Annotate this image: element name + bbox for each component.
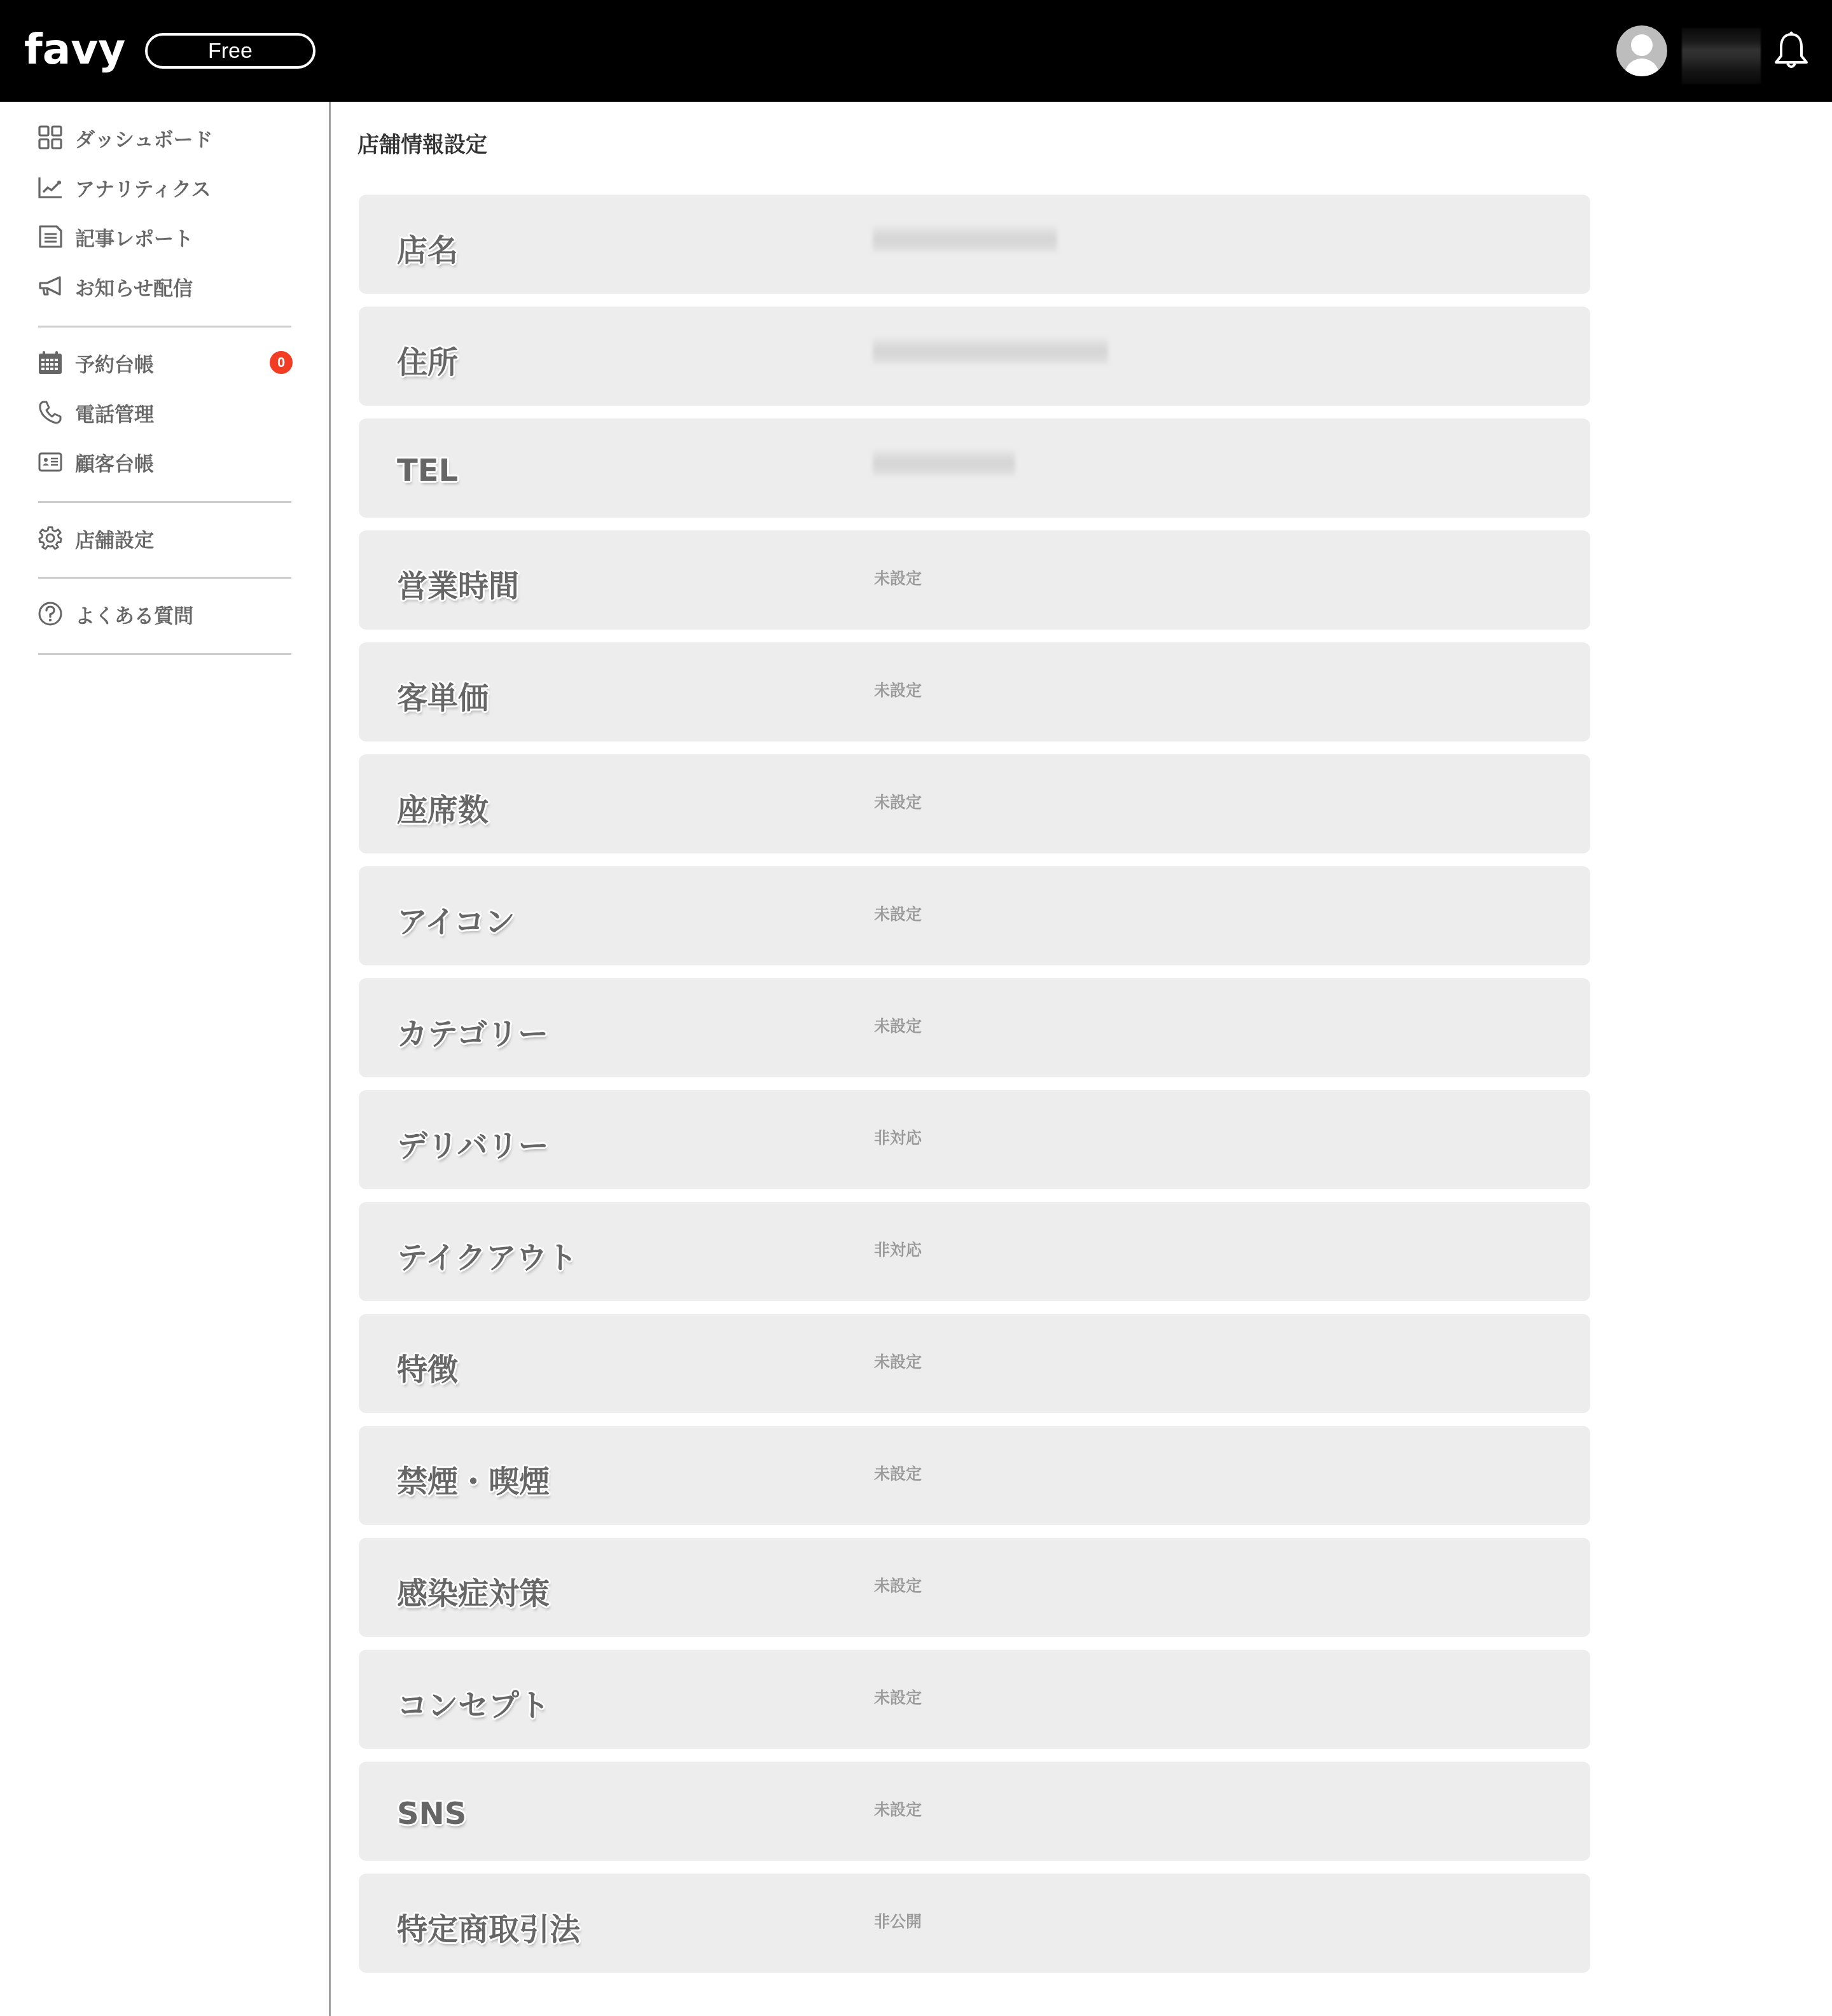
field-label: 店名 <box>397 226 458 270</box>
field-label: 座席数 <box>397 785 489 829</box>
field-row-tel[interactable]: TEL <box>359 418 1590 518</box>
field-row-commercial-transactions[interactable]: 特定商取引法 非公開 <box>359 1874 1590 1973</box>
field-row-features[interactable]: 特徴 未設定 <box>359 1314 1590 1413</box>
field-label: 住所 <box>397 338 458 382</box>
sidebar-divider <box>38 501 291 503</box>
sidebar-item-customers[interactable]: 顧客台帳 <box>38 448 293 476</box>
field-label: 特徴 <box>397 1345 458 1389</box>
sidebar-divider <box>38 326 291 328</box>
sidebar-item-store-settings[interactable]: 店舗設定 <box>38 524 293 552</box>
field-value: 未設定 <box>874 1014 922 1037</box>
sidebar-item-article-report[interactable]: 記事レポート <box>38 223 293 251</box>
sidebar-item-label: お知らせ配信 <box>75 272 193 301</box>
field-value: 未設定 <box>874 1685 922 1708</box>
field-label: デリバリー <box>397 1121 549 1165</box>
page-title: 店舗情報設定 <box>357 127 487 158</box>
field-label: 営業時間 <box>397 562 519 605</box>
sidebar-item-label: アナリティクス <box>75 173 211 202</box>
sidebar-item-dashboard[interactable]: ダッシュボード <box>38 123 293 151</box>
bell-icon[interactable] <box>1773 31 1809 71</box>
field-value: 非対応 <box>874 1238 922 1260</box>
field-row-delivery[interactable]: デリバリー 非対応 <box>359 1090 1590 1189</box>
field-value: 未設定 <box>874 902 922 925</box>
field-value: 未設定 <box>874 678 922 701</box>
top-header: favy Free <box>0 0 1832 102</box>
field-label: アイコン <box>397 897 515 941</box>
username-redacted[interactable] <box>1682 28 1761 84</box>
sidebar-item-notifications[interactable]: お知らせ配信 <box>38 272 293 300</box>
sidebar-divider <box>38 577 291 579</box>
sidebar-item-reservations[interactable]: 予約台帳 0 <box>38 349 293 376</box>
field-label: SNS <box>397 1796 466 1832</box>
field-row-takeout[interactable]: テイクアウト 非対応 <box>359 1202 1590 1301</box>
field-label: 禁煙・喫煙 <box>397 1457 550 1501</box>
field-label: 客単価 <box>397 673 489 717</box>
sidebar-item-label: よくある質問 <box>75 600 193 628</box>
field-value: 未設定 <box>874 790 922 813</box>
megaphone-icon <box>38 274 62 298</box>
field-row-infection-control[interactable]: 感染症対策 未設定 <box>359 1538 1590 1637</box>
field-value: 未設定 <box>874 1573 922 1596</box>
field-row-seats[interactable]: 座席数 未設定 <box>359 754 1590 853</box>
field-row-concept[interactable]: コンセプト 未設定 <box>359 1650 1590 1749</box>
redacted-value <box>873 338 1108 364</box>
field-row-sns[interactable]: SNS 未設定 <box>359 1762 1590 1861</box>
reservation-count-badge: 0 <box>270 351 293 374</box>
field-label: TEL <box>397 453 458 488</box>
field-value: 非公開 <box>874 1909 922 1932</box>
id-card-icon <box>38 450 62 474</box>
document-icon <box>38 224 62 249</box>
svg-text:favy: favy <box>24 28 125 74</box>
plan-badge[interactable]: Free <box>145 33 316 69</box>
user-avatar-icon[interactable] <box>1616 25 1667 76</box>
field-row-smoking[interactable]: 禁煙・喫煙 未設定 <box>359 1426 1590 1525</box>
field-value: 非対応 <box>874 1126 922 1149</box>
redacted-value <box>873 450 1015 476</box>
field-label: 感染症対策 <box>397 1569 550 1613</box>
field-label: コンセプト <box>397 1681 550 1725</box>
sidebar-item-analytics[interactable]: アナリティクス <box>38 173 293 201</box>
field-row-address[interactable]: 住所 <box>359 307 1590 406</box>
field-label: 特定商取引法 <box>397 1905 580 1949</box>
sidebar: ダッシュボード アナリティクス 記事レポート お知らせ配信 予約台帳 0 電話管… <box>0 102 331 2016</box>
calendar-icon <box>38 350 62 375</box>
sidebar-item-label: 記事レポート <box>75 223 193 251</box>
sidebar-item-label: ダッシュボード <box>75 123 212 152</box>
redacted-value <box>873 226 1057 252</box>
field-row-average-spend[interactable]: 客単価 未設定 <box>359 642 1590 742</box>
field-row-icon[interactable]: アイコン 未設定 <box>359 866 1590 965</box>
question-circle-icon <box>38 602 62 626</box>
sidebar-item-label: 顧客台帳 <box>75 448 154 476</box>
field-value: 未設定 <box>874 1461 922 1484</box>
field-row-category[interactable]: カテゴリー 未設定 <box>359 978 1590 1077</box>
favy-logo[interactable]: favy <box>24 28 127 74</box>
field-label: カテゴリー <box>397 1009 548 1053</box>
sidebar-item-label: 電話管理 <box>75 398 154 427</box>
phone-icon <box>38 400 62 424</box>
field-label: テイクアウト <box>397 1233 578 1277</box>
field-value: 未設定 <box>874 1350 922 1372</box>
field-row-business-hours[interactable]: 営業時間 未設定 <box>359 530 1590 630</box>
sidebar-item-label: 店舗設定 <box>75 524 154 553</box>
field-value: 未設定 <box>874 566 922 589</box>
line-chart-icon <box>38 175 62 199</box>
sidebar-divider <box>38 653 291 655</box>
sidebar-item-label: 予約台帳 <box>75 349 154 377</box>
gear-icon <box>38 526 62 550</box>
sidebar-item-phone[interactable]: 電話管理 <box>38 398 293 426</box>
grid-icon <box>38 125 62 149</box>
field-value: 未設定 <box>874 1797 922 1820</box>
sidebar-item-faq[interactable]: よくある質問 <box>38 600 293 628</box>
field-row-store-name[interactable]: 店名 <box>359 195 1590 294</box>
